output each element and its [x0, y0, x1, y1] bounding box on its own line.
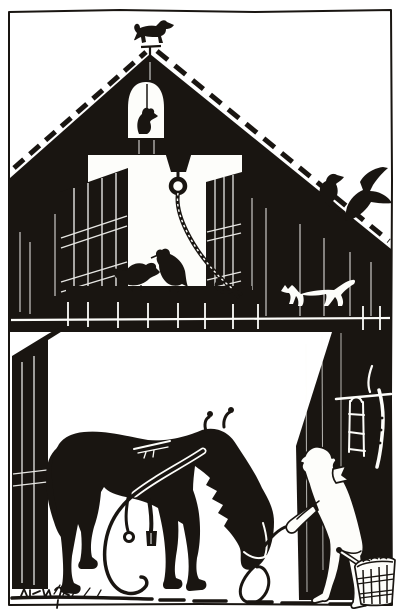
floor-line: [12, 597, 152, 599]
dovecote: [128, 82, 164, 138]
bucket-handle-knob: [336, 547, 342, 553]
illustration-frame: Black-and-white silhouette illustration:…: [0, 0, 400, 613]
barn-silhouette-scene: Black-and-white silhouette illustration:…: [0, 0, 400, 613]
